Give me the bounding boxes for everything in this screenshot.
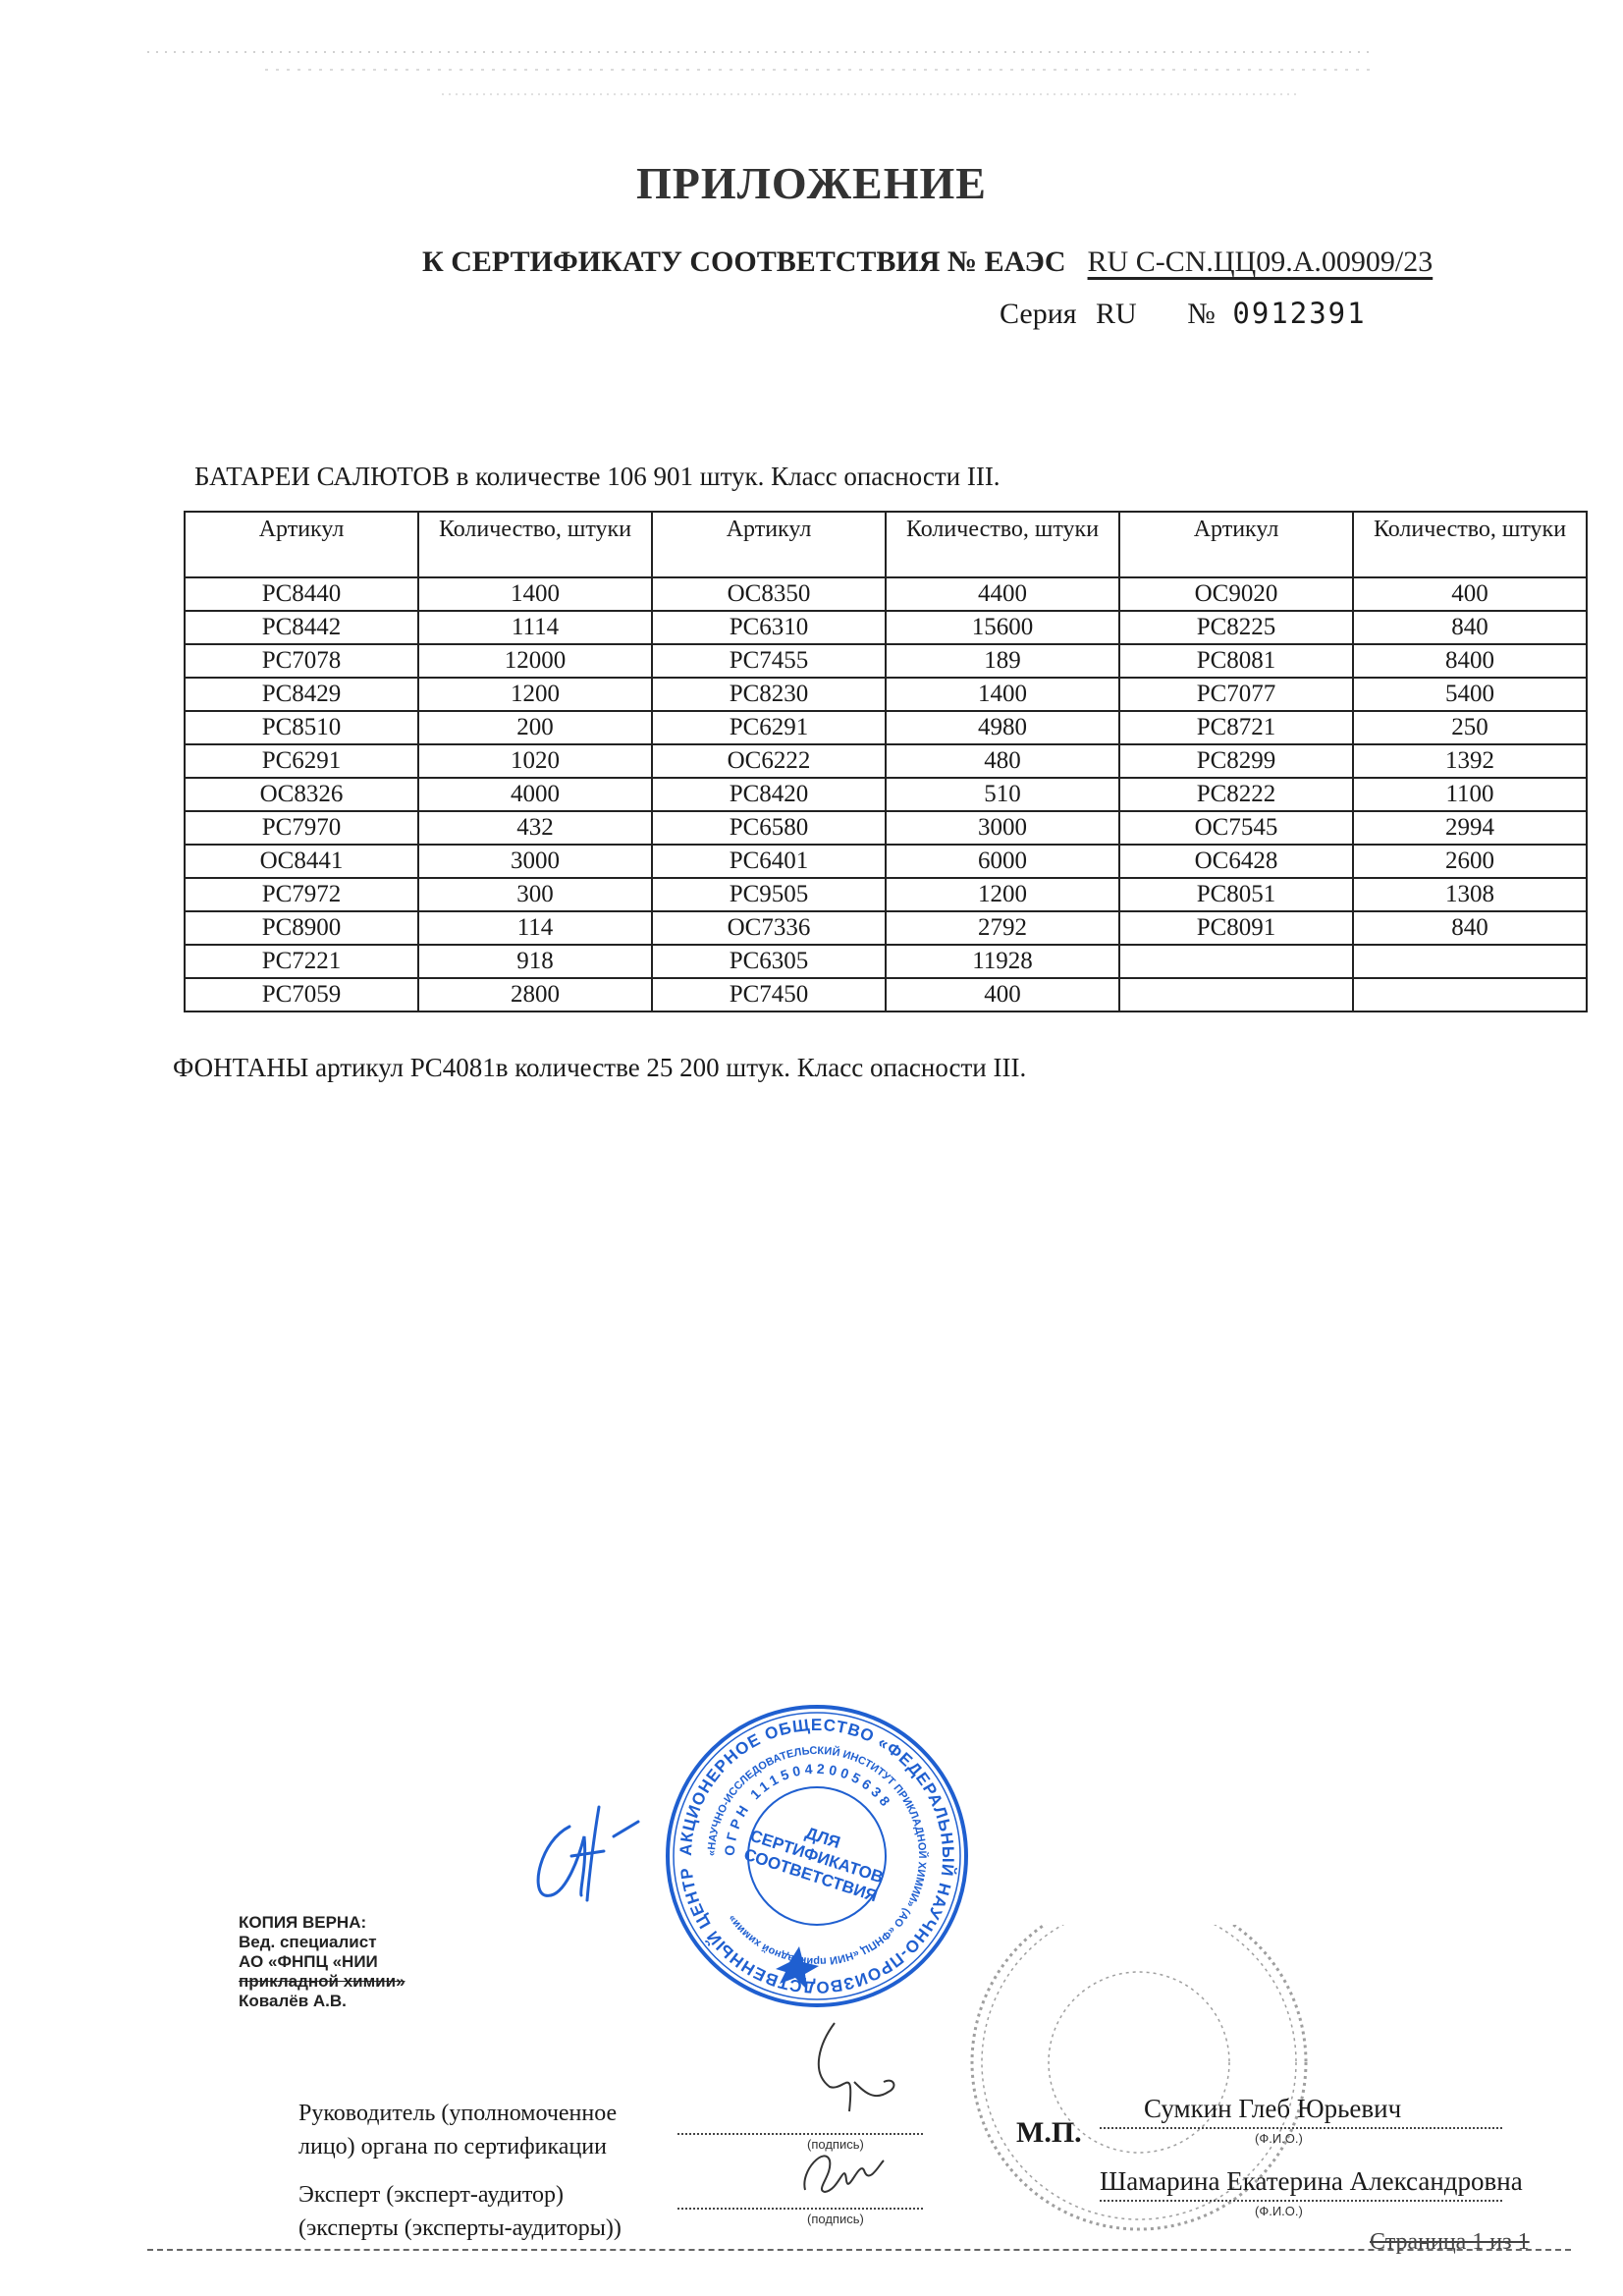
article-cell: PC6401 — [652, 845, 886, 878]
article-cell: PC8225 — [1119, 611, 1353, 644]
quantity-cell: 840 — [1353, 911, 1587, 945]
quantity-cell: 1400 — [886, 678, 1119, 711]
copy-note-line: Вед. специалист — [239, 1933, 406, 1952]
quantity-cell: 1392 — [1353, 744, 1587, 778]
article-cell: OC7336 — [652, 911, 886, 945]
series-label: Серия — [1000, 298, 1077, 330]
article-cell: PC8091 — [1119, 911, 1353, 945]
expert-name-line — [1100, 2200, 1502, 2202]
head-name-line — [1100, 2127, 1502, 2129]
article-cell: PC7450 — [652, 978, 886, 1011]
article-cell: PC7221 — [185, 945, 418, 978]
seal-placeholder: М.П. — [1016, 2116, 1082, 2150]
table-row: PC62911020OC6222480PC82991392 — [185, 744, 1587, 778]
article-cell: PC6291 — [652, 711, 886, 744]
column-header-article: Артикул — [652, 512, 886, 577]
column-header-article: Артикул — [1119, 512, 1353, 577]
expert-signature-caption: (подпись) — [807, 2212, 864, 2226]
quantity-cell: 15600 — [886, 611, 1119, 644]
article-cell: PC6305 — [652, 945, 886, 978]
quantity-cell: 1400 — [418, 577, 652, 611]
table-row: PC8900114OC73362792PC8091840 — [185, 911, 1587, 945]
table-row: PC84401400OC83504400OC9020400 — [185, 577, 1587, 611]
quantity-cell: 2994 — [1353, 811, 1587, 845]
article-cell: PC8051 — [1119, 878, 1353, 911]
article-cell — [1119, 945, 1353, 978]
head-role-line: лицо) органа по сертификации — [298, 2130, 617, 2163]
expert-fio-caption: (Ф.И.О.) — [1255, 2204, 1303, 2218]
article-cell: PC8429 — [185, 678, 418, 711]
table-row: PC707812000PC7455189PC80818400 — [185, 644, 1587, 678]
quantity-cell: 4980 — [886, 711, 1119, 744]
quantity-cell: 5400 — [1353, 678, 1587, 711]
article-cell: PC7078 — [185, 644, 418, 678]
column-header-article: Артикул — [185, 512, 418, 577]
head-name: Сумкин Глеб Юрьевич — [1144, 2094, 1401, 2124]
quantity-cell: 200 — [418, 711, 652, 744]
expert-role-line: (эксперты (эксперты-аудиторы)) — [298, 2212, 622, 2245]
table-row: OC84413000PC64016000OC64282600 — [185, 845, 1587, 878]
article-cell: PC8222 — [1119, 778, 1353, 811]
quantity-cell: 4000 — [418, 778, 652, 811]
article-cell: PC8081 — [1119, 644, 1353, 678]
table-row: PC70592800PC7450400 — [185, 978, 1587, 1011]
signature-icon — [795, 2003, 923, 2141]
expert-name: Шамарина Екатерина Александровна — [1100, 2166, 1523, 2197]
series-line: Серия RU № 0912391 — [1000, 297, 1367, 331]
quantity-cell: 510 — [886, 778, 1119, 811]
quantity-cell: 400 — [1353, 577, 1587, 611]
table-row: PC7221918PC630511928 — [185, 945, 1587, 978]
quantity-cell: 189 — [886, 644, 1119, 678]
quantity-cell: 432 — [418, 811, 652, 845]
organization-stamp: АКЦИОНЕРНОЕ ОБЩЕСТВО «ФЕДЕРАЛЬНЫЙ НАУЧНО… — [660, 1699, 974, 2013]
quantity-cell: 400 — [886, 978, 1119, 1011]
batteries-intro: БАТАРЕИ САЛЮТОВ в количестве 106 901 шту… — [194, 462, 1001, 492]
quantity-cell: 480 — [886, 744, 1119, 778]
table-row: PC7972300PC95051200PC80511308 — [185, 878, 1587, 911]
article-cell: PC8510 — [185, 711, 418, 744]
article-cell: PC6580 — [652, 811, 886, 845]
quantity-cell: 1100 — [1353, 778, 1587, 811]
copy-note-line: Ковалёв А.В. — [239, 1992, 406, 2011]
quantity-cell: 3000 — [418, 845, 652, 878]
quantity-cell: 6000 — [886, 845, 1119, 878]
article-cell: OC8441 — [185, 845, 418, 878]
article-cell — [1119, 978, 1353, 1011]
quantity-cell: 11928 — [886, 945, 1119, 978]
quantity-cell: 250 — [1353, 711, 1587, 744]
expert-role-line: Эксперт (эксперт-аудитор) — [298, 2178, 622, 2212]
article-cell: PC6291 — [185, 744, 418, 778]
quantity-cell: 2600 — [1353, 845, 1587, 878]
article-cell: PC8230 — [652, 678, 886, 711]
quantity-cell: 12000 — [418, 644, 652, 678]
scan-artifacts — [147, 39, 1375, 108]
quantity-cell: 1308 — [1353, 878, 1587, 911]
number-label: № — [1187, 298, 1216, 330]
page-title: ПРИЛОЖЕНИЕ — [0, 157, 1623, 209]
quantity-cell — [1353, 945, 1587, 978]
quantity-cell: 918 — [418, 945, 652, 978]
quantity-cell: 2792 — [886, 911, 1119, 945]
article-cell: PC7059 — [185, 978, 418, 1011]
articles-table: Артикул Количество, штуки Артикул Количе… — [184, 511, 1588, 1012]
article-cell: PC7077 — [1119, 678, 1353, 711]
copy-certified-note: КОПИЯ ВЕРНА: Вед. специалист АО «ФНПЦ «Н… — [239, 1913, 406, 2011]
signature-icon — [511, 1797, 658, 1905]
article-cell: PC6310 — [652, 611, 886, 644]
table-header-row: Артикул Количество, штуки Артикул Количе… — [185, 512, 1587, 577]
quantity-cell: 840 — [1353, 611, 1587, 644]
article-cell: PC8721 — [1119, 711, 1353, 744]
quantity-cell: 114 — [418, 911, 652, 945]
form-number: 0912391 — [1232, 297, 1366, 330]
page-number: Страница 1 из 1 — [1370, 2229, 1530, 2256]
quantity-cell: 3000 — [886, 811, 1119, 845]
copy-note-line: АО «ФНПЦ «НИИ — [239, 1952, 406, 1972]
column-header-quantity: Количество, штуки — [1353, 512, 1587, 577]
article-cell: PC8900 — [185, 911, 418, 945]
quantity-cell — [1353, 978, 1587, 1011]
article-cell: OC8326 — [185, 778, 418, 811]
article-cell: OC9020 — [1119, 577, 1353, 611]
article-cell: PC9505 — [652, 878, 886, 911]
fountains-intro: ФОНТАНЫ артикул PC4081в количестве 25 20… — [173, 1053, 1026, 1083]
quantity-cell: 300 — [418, 878, 652, 911]
articles-table-body: PC84401400OC83504400OC9020400PC84421114P… — [185, 577, 1587, 1011]
column-header-quantity: Количество, штуки — [886, 512, 1119, 577]
quantity-cell: 1200 — [418, 678, 652, 711]
certificate-reference-label: К СЕРТИФИКАТУ СООТВЕТСТВИЯ № ЕАЭС — [422, 246, 1066, 278]
column-header-quantity: Количество, штуки — [418, 512, 652, 577]
footer-divider — [147, 2249, 1571, 2251]
copy-note-line: прикладной химии» — [239, 1972, 406, 1992]
head-fio-caption: (Ф.И.О.) — [1255, 2131, 1303, 2146]
head-signature-caption: (подпись) — [807, 2137, 864, 2152]
article-cell: PC8420 — [652, 778, 886, 811]
quantity-cell: 1114 — [418, 611, 652, 644]
table-row: PC84421114PC631015600PC8225840 — [185, 611, 1587, 644]
quantity-cell: 2800 — [418, 978, 652, 1011]
article-cell: PC7972 — [185, 878, 418, 911]
quantity-cell: 1200 — [886, 878, 1119, 911]
head-role-label: Руководитель (уполномоченное лицо) орган… — [298, 2097, 617, 2163]
article-cell: OC6428 — [1119, 845, 1353, 878]
series-value: RU — [1096, 298, 1137, 330]
certificate-reference: К СЕРТИФИКАТУ СООТВЕТСТВИЯ № ЕАЭСRU C-CN… — [422, 246, 1433, 279]
table-row: PC7970432PC65803000OC75452994 — [185, 811, 1587, 845]
article-cell: PC8442 — [185, 611, 418, 644]
article-cell: PC8440 — [185, 577, 418, 611]
quantity-cell: 1020 — [418, 744, 652, 778]
copy-note-line: КОПИЯ ВЕРНА: — [239, 1913, 406, 1933]
article-cell: OC7545 — [1119, 811, 1353, 845]
round-stamp-icon: АКЦИОНЕРНОЕ ОБЩЕСТВО «ФЕДЕРАЛЬНЫЙ НАУЧНО… — [660, 1699, 974, 2013]
article-cell: PC7455 — [652, 644, 886, 678]
expert-signature-line — [677, 2208, 923, 2210]
article-cell: OC6222 — [652, 744, 886, 778]
handwritten-signature — [511, 1797, 658, 1910]
article-cell: PC7970 — [185, 811, 418, 845]
quantity-cell: 8400 — [1353, 644, 1587, 678]
table-row: PC84291200PC82301400PC70775400 — [185, 678, 1587, 711]
article-cell: OC8350 — [652, 577, 886, 611]
article-cell: PC8299 — [1119, 744, 1353, 778]
table-row: PC8510200PC62914980PC8721250 — [185, 711, 1587, 744]
head-signature — [795, 2003, 923, 2146]
head-signature-line — [677, 2133, 923, 2135]
quantity-cell: 4400 — [886, 577, 1119, 611]
certificate-number: RU C-CN.ЦЦ09.А.00909/23 — [1088, 246, 1434, 278]
head-role-line: Руководитель (уполномоченное — [298, 2097, 617, 2130]
table-row: OC83264000PC8420510PC82221100 — [185, 778, 1587, 811]
expert-role-label: Эксперт (эксперт-аудитор) (эксперты (экс… — [298, 2178, 622, 2245]
